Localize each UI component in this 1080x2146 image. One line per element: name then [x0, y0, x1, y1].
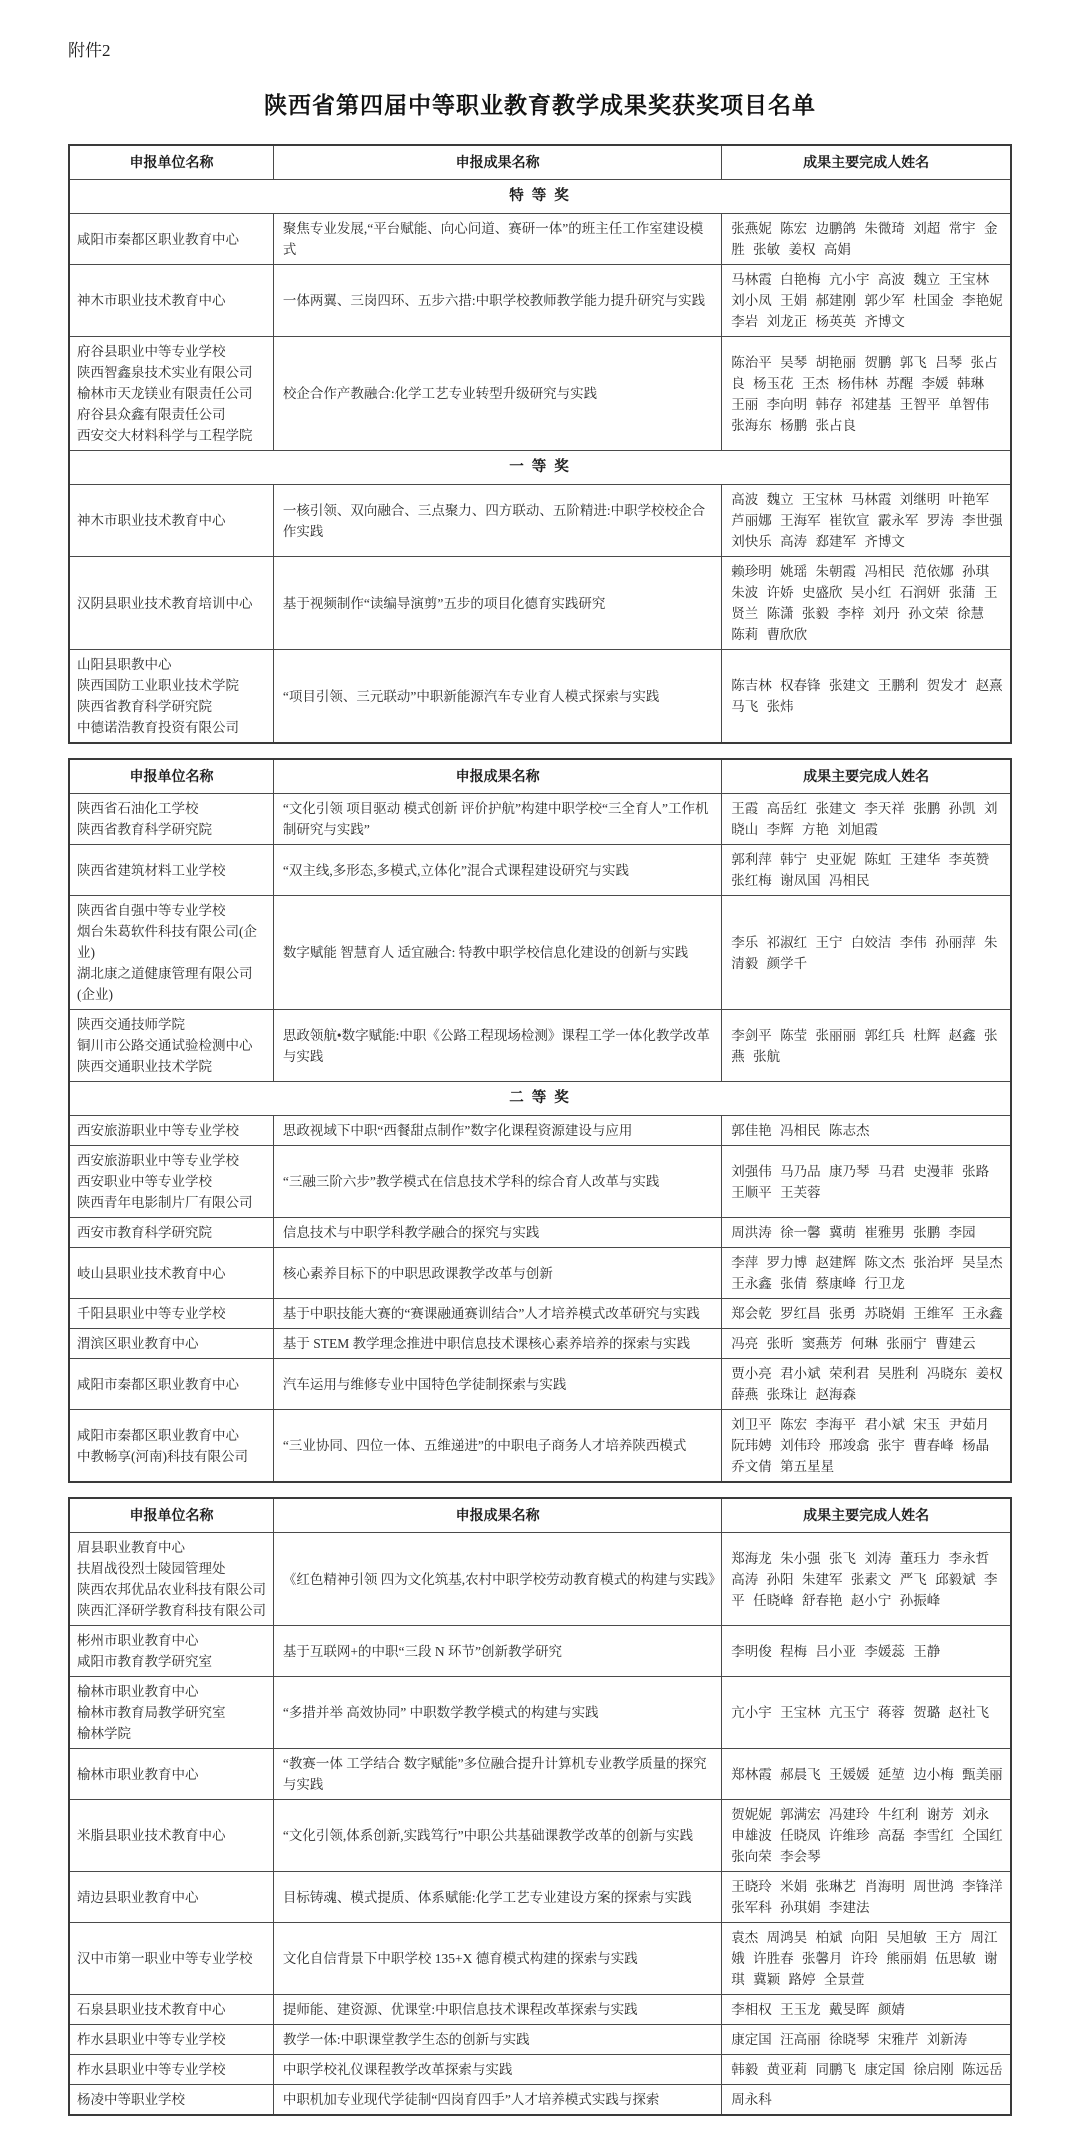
unit-name: 渭滨区职业教育中心 — [77, 1333, 267, 1354]
people-cell: 郑海龙 朱小强 张飞 刘涛 董珏力 李永哲 高涛 孙阳 朱建军 张素文 严飞 邱… — [722, 1533, 1011, 1626]
achievement-cell: “三业协同、四位一体、五维递进”的中职电子商务人才培养陕西模式 — [273, 1410, 721, 1483]
table-row: 咸阳市秦都区职业教育中心汽车运用与维修专业中国特色学徒制探索与实践贾小亮 君小斌… — [69, 1359, 1011, 1410]
achievement-cell: 信息技术与中职学科教学融合的探究与实践 — [273, 1218, 721, 1248]
unit-name: 陕西交通技师学院 — [77, 1014, 267, 1035]
award-tier-row: 一 等 奖 — [69, 451, 1011, 485]
column-header-people: 成果主要完成人姓名 — [722, 145, 1011, 180]
column-header-unit: 申报单位名称 — [69, 759, 273, 794]
achievement-cell: 核心素养目标下的中职思政课教学改革与创新 — [273, 1248, 721, 1299]
table-row: 神木市职业技术教育中心一体两翼、三岗四环、五步六措:中职学校教师教学能力提升研究… — [69, 265, 1011, 337]
people-cell: 郑林霞 郝晨飞 王媛媛 延堃 边小梅 甄美丽 — [722, 1749, 1011, 1800]
achievement-cell: 基于视频制作“读编导演剪”五步的项目化德育实践研究 — [273, 557, 721, 650]
column-header-achievement: 申报成果名称 — [273, 145, 721, 180]
people-cell: 冯亮 张昕 窦燕芳 何琳 张丽宁 曹建云 — [722, 1329, 1011, 1359]
column-header-achievement: 申报成果名称 — [273, 759, 721, 794]
unit-name: 烟台朱葛软件科技有限公司(企业) — [77, 921, 267, 963]
award-tier-row: 二 等 奖 — [69, 1082, 1011, 1116]
unit-cell: 千阳县职业中等专业学校 — [69, 1299, 273, 1329]
people-cell: 郑会乾 罗红昌 张勇 苏晓娟 王维军 王永鑫 — [722, 1299, 1011, 1329]
unit-name: 柞水县职业中等专业学校 — [77, 2029, 267, 2050]
table-row: 榆林市职业教育中心“教赛一体 工学结合 数字赋能”多位融合提升计算机专业教学质量… — [69, 1749, 1011, 1800]
unit-name: 西安交大材料科学与工程学院 — [77, 425, 267, 446]
unit-cell: 陕西省自强中等专业学校烟台朱葛软件科技有限公司(企业)湖北康之道健康管理有限公司… — [69, 896, 273, 1010]
table-row: 榆林市职业教育中心榆林市教育局教学研究室榆林学院“多措并举 高效协同” 中职数学… — [69, 1677, 1011, 1749]
table-row: 彬州市职业教育中心咸阳市教育教学研究室基于互联网+的中职“三段 N 环节”创新教… — [69, 1626, 1011, 1677]
column-header-unit: 申报单位名称 — [69, 1498, 273, 1533]
unit-name: 陕西省建筑材料工业学校 — [77, 860, 267, 881]
achievement-cell: 数字赋能 智慧育人 适宜融合: 特教中职学校信息化建设的创新与实践 — [273, 896, 721, 1010]
table-row: 靖边县职业教育中心目标铸魂、模式提质、体系赋能:化学工艺专业建设方案的探索与实践… — [69, 1872, 1011, 1923]
unit-cell: 杨凌中等职业学校 — [69, 2085, 273, 2116]
unit-name: 陕西交通职业技术学院 — [77, 1056, 267, 1077]
table-row: 神木市职业技术教育中心一核引领、双向融合、三点聚力、四方联动、五阶精进:中职学校… — [69, 485, 1011, 557]
people-cell: 高波 魏立 王宝林 马林霞 刘继明 叶艳军 芦丽娜 王海军 崔钦宣 霰永军 罗涛… — [722, 485, 1011, 557]
unit-name: 铜川市公路交通试验检测中心 — [77, 1035, 267, 1056]
unit-name: 陕西省自强中等专业学校 — [77, 900, 267, 921]
award-tables-container: 申报单位名称申报成果名称成果主要完成人姓名特 等 奖咸阳市秦都区职业教育中心聚焦… — [68, 144, 1012, 2116]
achievement-cell: 校企合作产教融合:化学工艺专业转型升级研究与实践 — [273, 337, 721, 451]
unit-cell: 榆林市职业教育中心榆林市教育局教学研究室榆林学院 — [69, 1677, 273, 1749]
achievement-cell: “三融三阶六步”教学模式在信息技术学科的综合育人改革与实践 — [273, 1146, 721, 1218]
achievement-cell: 一体两翼、三岗四环、五步六措:中职学校教师教学能力提升研究与实践 — [273, 265, 721, 337]
unit-name: 陕西省教育科学研究院 — [77, 819, 267, 840]
unit-cell: 西安旅游职业中等专业学校西安职业中等专业学校陕西青年电影制片厂有限公司 — [69, 1146, 273, 1218]
unit-cell: 府谷县职业中等专业学校陕西智鑫泉技术实业有限公司榆林市天龙镁业有限责任公司府谷县… — [69, 337, 273, 451]
column-header-people: 成果主要完成人姓名 — [722, 759, 1011, 794]
table-row: 咸阳市秦都区职业教育中心中教畅享(河南)科技有限公司“三业协同、四位一体、五维递… — [69, 1410, 1011, 1483]
people-cell: 周永科 — [722, 2085, 1011, 2116]
unit-name: 山阳县职教中心 — [77, 654, 267, 675]
people-cell: 贺妮妮 郭满宏 冯建玲 牛红利 谢芳 刘永 申雄波 任晓凤 许维珍 高磊 李雪红… — [722, 1800, 1011, 1872]
achievement-cell: 教学一体:中职课堂教学生态的创新与实践 — [273, 2025, 721, 2055]
unit-name: 中教畅享(河南)科技有限公司 — [77, 1446, 267, 1467]
unit-cell: 神木市职业技术教育中心 — [69, 265, 273, 337]
unit-cell: 米脂县职业技术教育中心 — [69, 1800, 273, 1872]
unit-name: 西安旅游职业中等专业学校 — [77, 1150, 267, 1171]
unit-cell: 陕西交通技师学院铜川市公路交通试验检测中心陕西交通职业技术学院 — [69, 1010, 273, 1082]
people-cell: 李相权 王玉龙 戴旻晖 颜婧 — [722, 1995, 1011, 2025]
unit-cell: 西安旅游职业中等专业学校 — [69, 1116, 273, 1146]
table-row: 府谷县职业中等专业学校陕西智鑫泉技术实业有限公司榆林市天龙镁业有限责任公司府谷县… — [69, 337, 1011, 451]
people-cell: 韩毅 黄亚莉 同鹏飞 康定国 徐启刚 陈远岳 — [722, 2055, 1011, 2085]
achievement-cell: 基于 STEM 教学理念推进中职信息技术课核心素养培养的探索与实践 — [273, 1329, 721, 1359]
unit-name: 陕西省教育科学研究院 — [77, 696, 267, 717]
award-table: 申报单位名称申报成果名称成果主要完成人姓名眉县职业教育中心扶眉战役烈士陵园管理处… — [68, 1497, 1012, 2116]
table-row: 西安旅游职业中等专业学校西安职业中等专业学校陕西青年电影制片厂有限公司“三融三阶… — [69, 1146, 1011, 1218]
table-row: 陕西省石油化工学校陕西省教育科学研究院“文化引领 项目驱动 模式创新 评价护航”… — [69, 794, 1011, 845]
people-cell: 刘强伟 马乃品 康乃琴 马君 史漫菲 张路 王顺平 王芙蓉 — [722, 1146, 1011, 1218]
unit-name: 石泉县职业技术教育中心 — [77, 1999, 267, 2020]
table-row: 咸阳市秦都区职业教育中心聚焦专业发展,“平台赋能、向心问道、赛研一体”的班主任工… — [69, 214, 1011, 265]
unit-cell: 咸阳市秦都区职业教育中心 — [69, 1359, 273, 1410]
achievement-cell: 中职学校礼仪课程教学改革探索与实践 — [273, 2055, 721, 2085]
attachment-label: 附件2 — [68, 36, 1012, 61]
people-cell: 赖珍明 姚瑶 朱朝霞 冯相民 范依娜 孙琪 朱波 许娇 史盛欣 吴小红 石润妍 … — [722, 557, 1011, 650]
table-row: 米脂县职业技术教育中心“文化引领,体系创新,实践笃行”中职公共基础课教学改革的创… — [69, 1800, 1011, 1872]
people-cell: 王晓玲 米娟 张琳艺 肖海明 周世鸿 李锋洋 张军科 孙琪娟 李建法 — [722, 1872, 1011, 1923]
achievement-cell: 《红色精神引领 四为文化筑基,农村中职学校劳动教育模式的构建与实践》 — [273, 1533, 721, 1626]
achievement-cell: “文化引领 项目驱动 模式创新 评价护航”构建中职学校“三全育人”工作机制研究与… — [273, 794, 721, 845]
unit-name: 咸阳市秦都区职业教育中心 — [77, 229, 267, 250]
table-row: 杨凌中等职业学校中职机加专业现代学徒制“四岗育四手”人才培养模式实践与探索周永科 — [69, 2085, 1011, 2116]
award-table: 申报单位名称申报成果名称成果主要完成人姓名陕西省石油化工学校陕西省教育科学研究院… — [68, 758, 1012, 1483]
unit-cell: 神木市职业技术教育中心 — [69, 485, 273, 557]
column-header-unit: 申报单位名称 — [69, 145, 273, 180]
unit-name: 府谷县众鑫有限责任公司 — [77, 404, 267, 425]
unit-cell: 西安市教育科学研究院 — [69, 1218, 273, 1248]
people-cell: 周洪涛 徐一馨 冀萌 崔雅男 张鹏 李园 — [722, 1218, 1011, 1248]
unit-name: 彬州市职业教育中心 — [77, 1630, 267, 1651]
people-cell: 康定国 汪高丽 徐晓琴 宋雅芹 刘新涛 — [722, 2025, 1011, 2055]
table-row: 西安市教育科学研究院信息技术与中职学科教学融合的探究与实践周洪涛 徐一馨 冀萌 … — [69, 1218, 1011, 1248]
unit-name: 岐山县职业技术教育中心 — [77, 1263, 267, 1284]
unit-name: 咸阳市秦都区职业教育中心 — [77, 1374, 267, 1395]
unit-name: 陕西青年电影制片厂有限公司 — [77, 1192, 267, 1213]
unit-name: 陕西省石油化工学校 — [77, 798, 267, 819]
people-cell: 王霞 高岳红 张建文 李天祥 张鹏 孙凯 刘晓山 李辉 方艳 刘旭霞 — [722, 794, 1011, 845]
unit-cell: 渭滨区职业教育中心 — [69, 1329, 273, 1359]
unit-name: 榆林市职业教育中心 — [77, 1764, 267, 1785]
unit-cell: 榆林市职业教育中心 — [69, 1749, 273, 1800]
people-cell: 贾小亮 君小斌 荣利君 吴胜利 冯晓东 姜权 薛燕 张珠让 赵海森 — [722, 1359, 1011, 1410]
people-cell: 刘卫平 陈宏 李海平 君小斌 宋玉 尹茹月 阮玮娉 刘伟玲 邢竣翕 张宇 曹春峰… — [722, 1410, 1011, 1483]
table-row: 石泉县职业技术教育中心提师能、建资源、优课堂:中职信息技术课程改革探索与实践李相… — [69, 1995, 1011, 2025]
unit-name: 西安旅游职业中等专业学校 — [77, 1120, 267, 1141]
unit-name: 神木市职业技术教育中心 — [77, 510, 267, 531]
achievement-cell: 中职机加专业现代学徒制“四岗育四手”人才培养模式实践与探索 — [273, 2085, 721, 2116]
achievement-cell: “多措并举 高效协同” 中职数学教学模式的构建与实践 — [273, 1677, 721, 1749]
unit-name: 西安市教育科学研究院 — [77, 1222, 267, 1243]
unit-name: 榆林市职业教育中心 — [77, 1681, 267, 1702]
achievement-cell: 目标铸魂、模式提质、体系赋能:化学工艺专业建设方案的探索与实践 — [273, 1872, 721, 1923]
header-row: 申报单位名称申报成果名称成果主要完成人姓名 — [69, 1498, 1011, 1533]
unit-name: 陕西智鑫泉技术实业有限公司 — [77, 362, 267, 383]
people-cell: 马林霞 白艳梅 亢小宇 高波 魏立 王宝林 刘小凤 王娟 郝建刚 郭少军 杜国金… — [722, 265, 1011, 337]
unit-name: 米脂县职业技术教育中心 — [77, 1825, 267, 1846]
unit-name: 汉阴县职业技术教育培训中心 — [77, 593, 267, 614]
table-row: 山阳县职教中心陕西国防工业职业技术学院陕西省教育科学研究院中德诺浩教育投资有限公… — [69, 650, 1011, 744]
page-title: 陕西省第四届中等职业教育教学成果奖获奖项目名单 — [68, 87, 1012, 120]
people-cell: 李明俊 程梅 吕小亚 李媛蕊 王静 — [722, 1626, 1011, 1677]
achievement-cell: 文化自信背景下中职学校 135+X 德育模式构建的探索与实践 — [273, 1923, 721, 1995]
unit-name: 陕西国防工业职业技术学院 — [77, 675, 267, 696]
unit-cell: 柞水县职业中等专业学校 — [69, 2055, 273, 2085]
unit-name: 千阳县职业中等专业学校 — [77, 1303, 267, 1324]
people-cell: 陈吉林 权春锋 张建文 王鹏利 贺发才 赵熹 马飞 张炜 — [722, 650, 1011, 744]
table-row: 陕西省建筑材料工业学校“双主线,多形态,多模式,立体化”混合式课程建设研究与实践… — [69, 845, 1011, 896]
people-cell: 郭利萍 韩宁 史亚妮 陈虹 王建华 李英赞 张红梅 谢凤国 冯相民 — [722, 845, 1011, 896]
unit-name: 西安职业中等专业学校 — [77, 1171, 267, 1192]
header-row: 申报单位名称申报成果名称成果主要完成人姓名 — [69, 145, 1011, 180]
unit-cell: 岐山县职业技术教育中心 — [69, 1248, 273, 1299]
achievement-cell: 思政视域下中职“西餐甜点制作”数字化课程资源建设与应用 — [273, 1116, 721, 1146]
people-cell: 亢小宇 王宝林 亢玉宁 蒋蓉 贺璐 赵社飞 — [722, 1677, 1011, 1749]
people-cell: 郭佳艳 冯相民 陈志杰 — [722, 1116, 1011, 1146]
unit-cell: 陕西省石油化工学校陕西省教育科学研究院 — [69, 794, 273, 845]
unit-name: 府谷县职业中等专业学校 — [77, 341, 267, 362]
achievement-cell: 提师能、建资源、优课堂:中职信息技术课程改革探索与实践 — [273, 1995, 721, 2025]
unit-cell: 石泉县职业技术教育中心 — [69, 1995, 273, 2025]
table-row: 陕西省自强中等专业学校烟台朱葛软件科技有限公司(企业)湖北康之道健康管理有限公司… — [69, 896, 1011, 1010]
table-row: 汉中市第一职业中等专业学校文化自信背景下中职学校 135+X 德育模式构建的探索… — [69, 1923, 1011, 1995]
unit-name: 扶眉战役烈士陵园管理处 — [77, 1558, 267, 1579]
achievement-cell: 基于互联网+的中职“三段 N 环节”创新教学研究 — [273, 1626, 721, 1677]
unit-name: 陕西汇泽研学教育科技有限公司 — [77, 1600, 267, 1621]
achievement-cell: 思政领航•数字赋能:中职《公路工程现场检测》课程工学一体化教学改革与实践 — [273, 1010, 721, 1082]
unit-name: 咸阳市秦都区职业教育中心 — [77, 1425, 267, 1446]
column-header-achievement: 申报成果名称 — [273, 1498, 721, 1533]
achievement-cell: 基于中职技能大赛的“赛课融通赛训结合”人才培养模式改革研究与实践 — [273, 1299, 721, 1329]
achievement-cell: 汽车运用与维修专业中国特色学徒制探索与实践 — [273, 1359, 721, 1410]
unit-cell: 靖边县职业教育中心 — [69, 1872, 273, 1923]
table-row: 千阳县职业中等专业学校基于中职技能大赛的“赛课融通赛训结合”人才培养模式改革研究… — [69, 1299, 1011, 1329]
people-cell: 陈治平 吴琴 胡艳丽 贺鹏 郭飞 吕琴 张占良 杨玉花 王杰 杨伟林 苏醒 李媛… — [722, 337, 1011, 451]
unit-name: 汉中市第一职业中等专业学校 — [77, 1948, 267, 1969]
award-tier-row: 特 等 奖 — [69, 180, 1011, 214]
achievement-cell: 聚焦专业发展,“平台赋能、向心问道、赛研一体”的班主任工作室建设模式 — [273, 214, 721, 265]
unit-name: 神木市职业技术教育中心 — [77, 290, 267, 311]
unit-cell: 汉阴县职业技术教育培训中心 — [69, 557, 273, 650]
table-row: 渭滨区职业教育中心基于 STEM 教学理念推进中职信息技术课核心素养培养的探索与… — [69, 1329, 1011, 1359]
achievement-cell: 一核引领、双向融合、三点聚力、四方联动、五阶精进:中职学校校企合作实践 — [273, 485, 721, 557]
award-tier-label: 一 等 奖 — [69, 451, 1011, 485]
unit-cell: 柞水县职业中等专业学校 — [69, 2025, 273, 2055]
unit-name: 陕西农邦优品农业科技有限公司 — [77, 1579, 267, 1600]
achievement-cell: “项目引领、三元联动”中职新能源汽车专业育人模式探索与实践 — [273, 650, 721, 744]
unit-cell: 眉县职业教育中心扶眉战役烈士陵园管理处陕西农邦优品农业科技有限公司陕西汇泽研学教… — [69, 1533, 273, 1626]
achievement-cell: “教赛一体 工学结合 数字赋能”多位融合提升计算机专业教学质量的探究与实践 — [273, 1749, 721, 1800]
award-table: 申报单位名称申报成果名称成果主要完成人姓名特 等 奖咸阳市秦都区职业教育中心聚焦… — [68, 144, 1012, 744]
people-cell: 张燕妮 陈宏 边鹏鸽 朱微琦 刘超 常宇 金胜 张敏 姜权 高娟 — [722, 214, 1011, 265]
achievement-cell: “文化引领,体系创新,实践笃行”中职公共基础课教学改革的创新与实践 — [273, 1800, 721, 1872]
unit-name: 眉县职业教育中心 — [77, 1537, 267, 1558]
unit-name: 靖边县职业教育中心 — [77, 1887, 267, 1908]
people-cell: 李萍 罗力博 赵建辉 陈文杰 张治坪 吴呈杰 王永鑫 张倩 蔡康峰 行卫龙 — [722, 1248, 1011, 1299]
achievement-cell: “双主线,多形态,多模式,立体化”混合式课程建设研究与实践 — [273, 845, 721, 896]
people-cell: 李乐 祁淑红 王宁 白姣洁 李伟 孙丽萍 朱清毅 颜学千 — [722, 896, 1011, 1010]
unit-cell: 彬州市职业教育中心咸阳市教育教学研究室 — [69, 1626, 273, 1677]
document-page: 附件2 陕西省第四届中等职业教育教学成果奖获奖项目名单 申报单位名称申报成果名称… — [0, 0, 1080, 2146]
table-row: 陕西交通技师学院铜川市公路交通试验检测中心陕西交通职业技术学院思政领航•数字赋能… — [69, 1010, 1011, 1082]
unit-name: 柞水县职业中等专业学校 — [77, 2059, 267, 2080]
header-row: 申报单位名称申报成果名称成果主要完成人姓名 — [69, 759, 1011, 794]
people-cell: 袁杰 周鸿昊 柏斌 向阳 吴旭敏 王方 周江娥 许胜春 张馨月 许玲 熊丽娟 伍… — [722, 1923, 1011, 1995]
unit-name: 榆林市教育局教学研究室 — [77, 1702, 267, 1723]
unit-cell: 汉中市第一职业中等专业学校 — [69, 1923, 273, 1995]
table-row: 眉县职业教育中心扶眉战役烈士陵园管理处陕西农邦优品农业科技有限公司陕西汇泽研学教… — [69, 1533, 1011, 1626]
unit-name: 榆林市天龙镁业有限责任公司 — [77, 383, 267, 404]
unit-name: 中德诺浩教育投资有限公司 — [77, 717, 267, 738]
people-cell: 李剑平 陈莹 张丽丽 郭红兵 杜辉 赵鑫 张燕 张航 — [722, 1010, 1011, 1082]
award-tier-label: 特 等 奖 — [69, 180, 1011, 214]
unit-cell: 陕西省建筑材料工业学校 — [69, 845, 273, 896]
unit-name: 咸阳市教育教学研究室 — [77, 1651, 267, 1672]
unit-cell: 山阳县职教中心陕西国防工业职业技术学院陕西省教育科学研究院中德诺浩教育投资有限公… — [69, 650, 273, 744]
unit-name: 杨凌中等职业学校 — [77, 2089, 267, 2110]
table-row: 柞水县职业中等专业学校中职学校礼仪课程教学改革探索与实践韩毅 黄亚莉 同鹏飞 康… — [69, 2055, 1011, 2085]
column-header-people: 成果主要完成人姓名 — [722, 1498, 1011, 1533]
unit-cell: 咸阳市秦都区职业教育中心中教畅享(河南)科技有限公司 — [69, 1410, 273, 1483]
table-row: 西安旅游职业中等专业学校思政视域下中职“西餐甜点制作”数字化课程资源建设与应用郭… — [69, 1116, 1011, 1146]
table-row: 岐山县职业技术教育中心核心素养目标下的中职思政课教学改革与创新李萍 罗力博 赵建… — [69, 1248, 1011, 1299]
award-tier-label: 二 等 奖 — [69, 1082, 1011, 1116]
table-row: 柞水县职业中等专业学校教学一体:中职课堂教学生态的创新与实践康定国 汪高丽 徐晓… — [69, 2025, 1011, 2055]
table-row: 汉阴县职业技术教育培训中心基于视频制作“读编导演剪”五步的项目化德育实践研究赖珍… — [69, 557, 1011, 650]
unit-cell: 咸阳市秦都区职业教育中心 — [69, 214, 273, 265]
unit-name: 湖北康之道健康管理有限公司(企业) — [77, 963, 267, 1005]
unit-name: 榆林学院 — [77, 1723, 267, 1744]
